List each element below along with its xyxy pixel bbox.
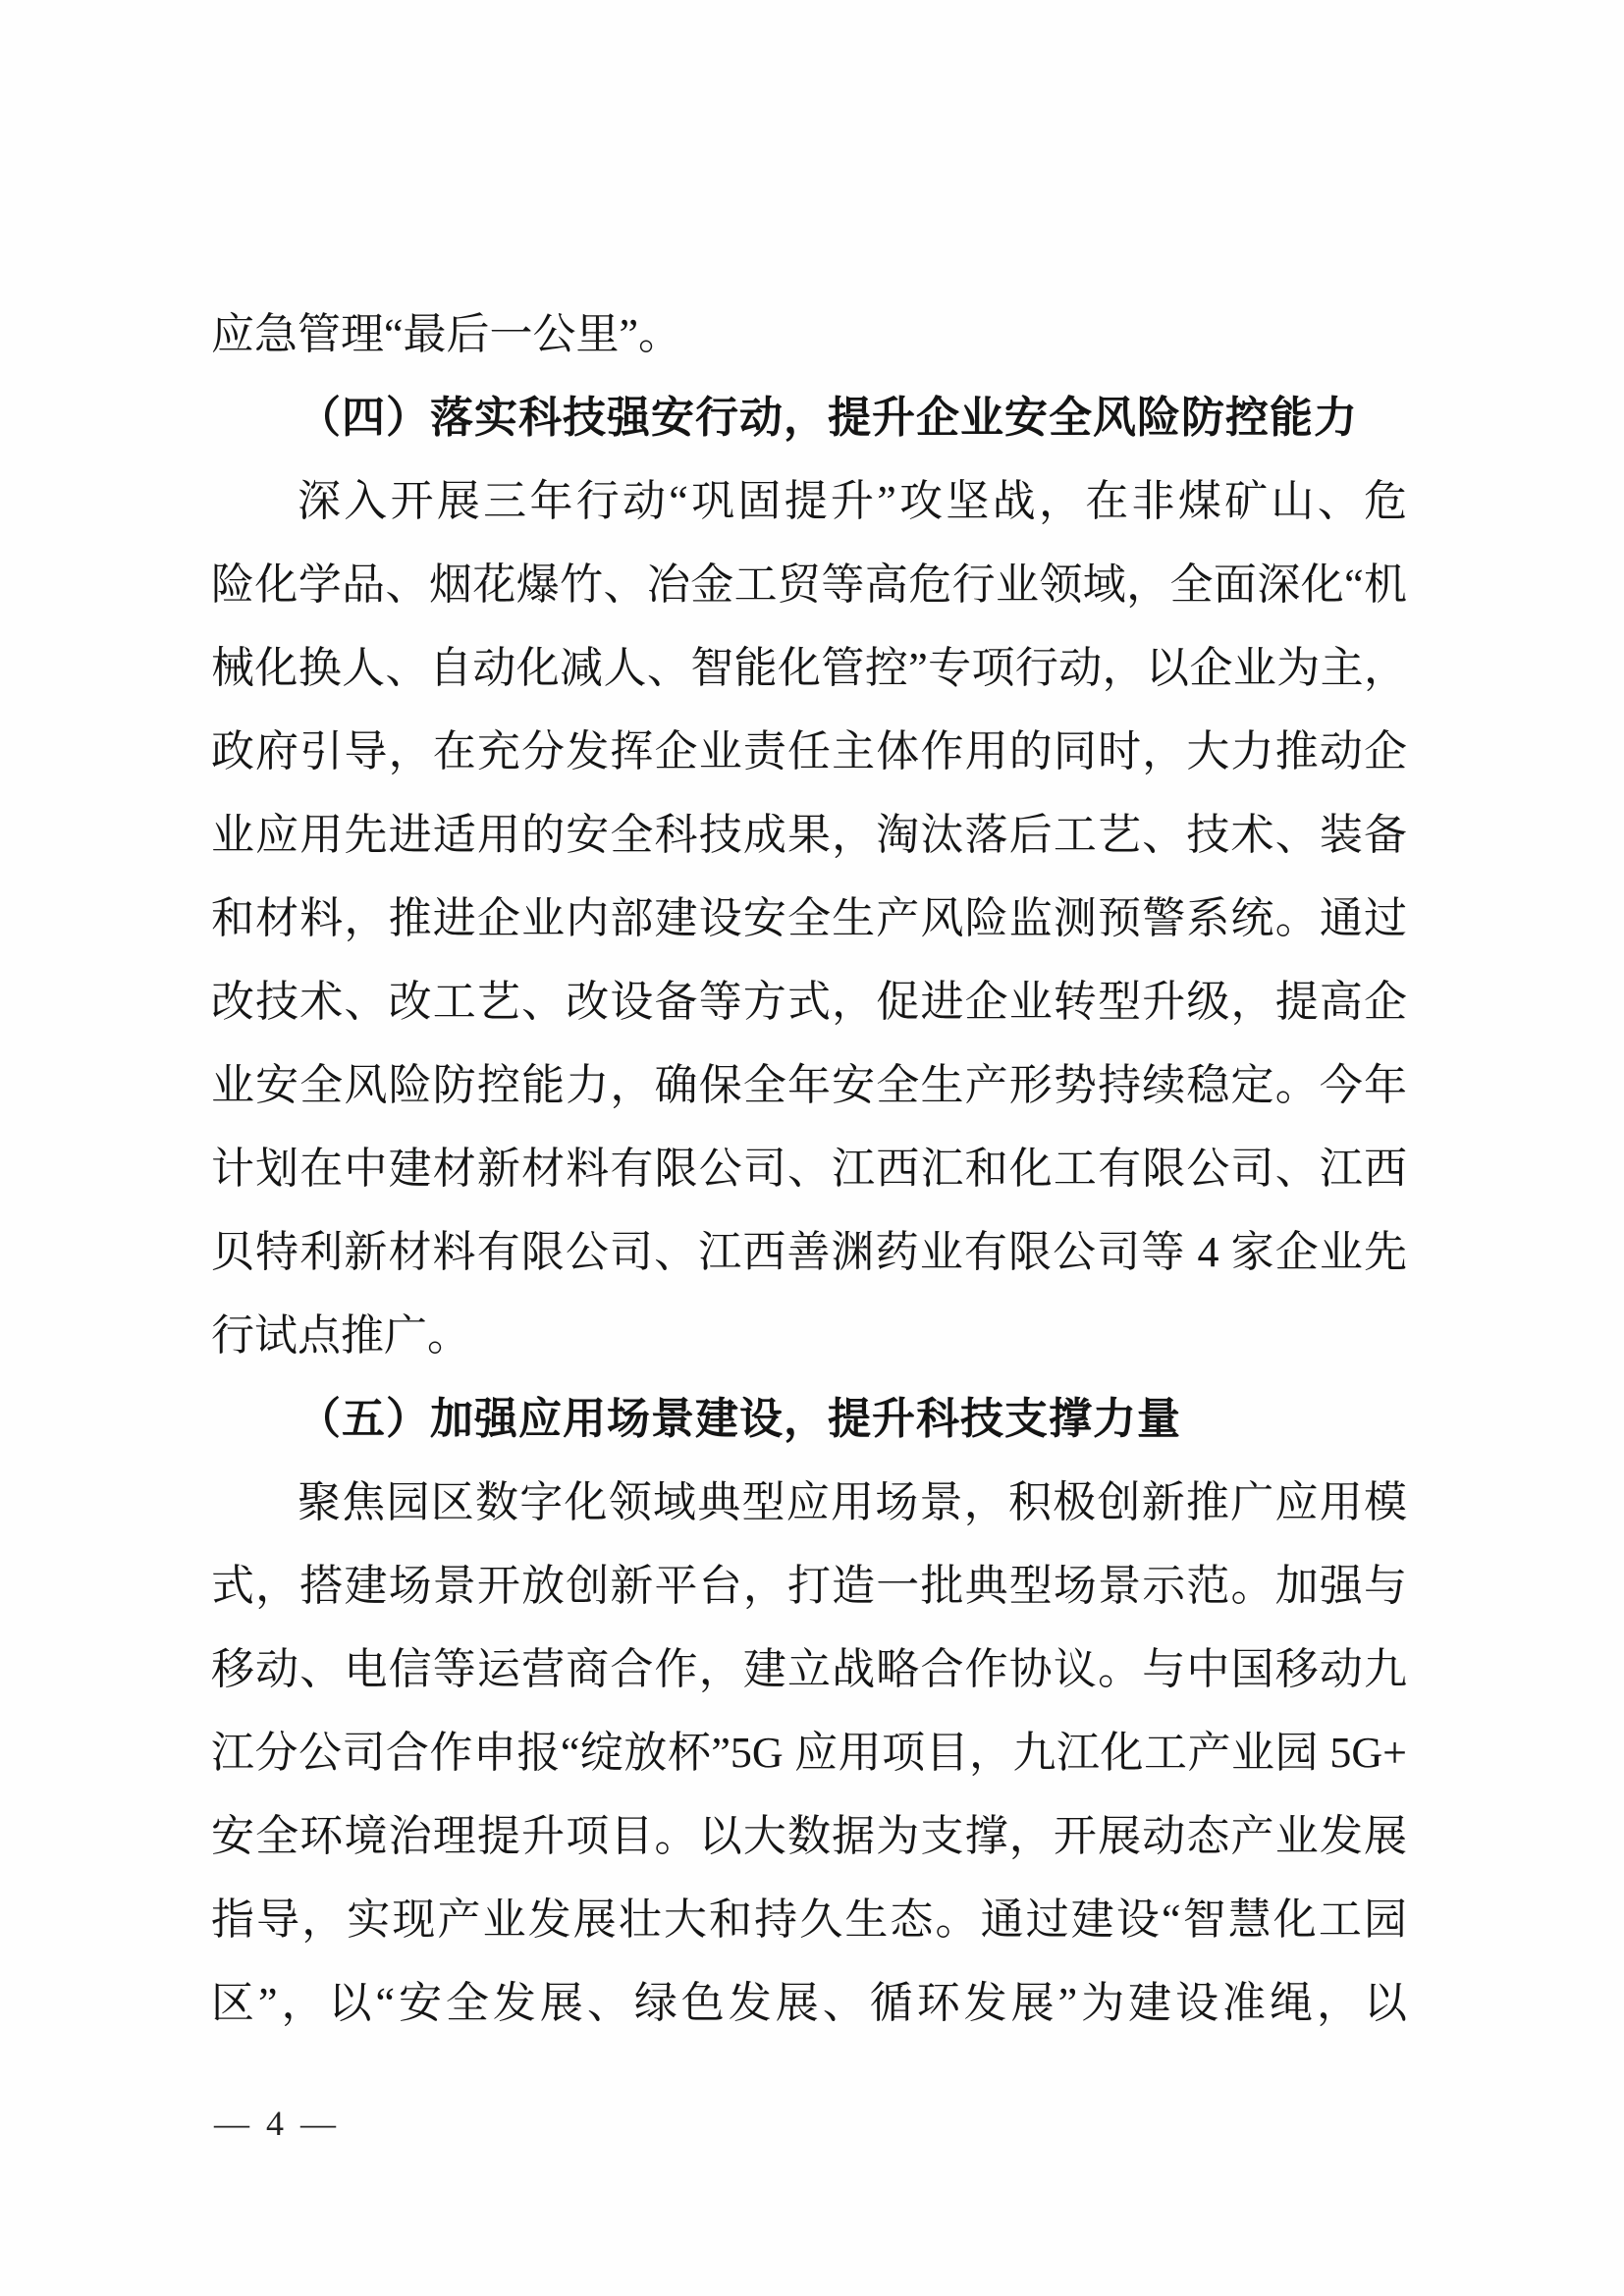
text-line: 险化学品、烟花爆竹、冶金工贸等高危行业领域，全面深化“机 (211, 543, 1407, 626)
section-heading: （四）落实科技强安行动，提升企业安全风险防控能力 (211, 376, 1407, 459)
text-line: 区”，以“安全发展、绿色发展、循环发展”为建设准绳，以 (211, 1961, 1407, 2045)
text-line: 业安全风险防控能力，确保全年安全生产形势持续稳定。今年 (211, 1043, 1407, 1127)
text-line: 指导，实现产业发展壮大和持久生态。通过建设“智慧化工园 (211, 1878, 1407, 1961)
text-line: 安全环境治理提升项目。以大数据为支撑，开展动态产业发展 (211, 1794, 1407, 1878)
text-line: 计划在中建材新材料有限公司、江西汇和化工有限公司、江西 (211, 1127, 1407, 1210)
document-body: 应急管理“最后一公里”。（四）落实科技强安行动，提升企业安全风险防控能力深入开展… (211, 293, 1407, 2045)
text-line: 政府引导，在充分发挥企业责任主体作用的同时，大力推动企 (211, 710, 1407, 793)
text-line: 改技术、改工艺、改设备等方式，促进企业转型升级，提高企 (211, 960, 1407, 1043)
text-line: 贝特利新材料有限公司、江西善渊药业有限公司等 4 家企业先 (211, 1210, 1407, 1294)
document-page: 应急管理“最后一公里”。（四）落实科技强安行动，提升企业安全风险防控能力深入开展… (0, 0, 1624, 2296)
text-line: 深入开展三年行动“巩固提升”攻坚战，在非煤矿山、危 (211, 459, 1407, 543)
text-line: 式，搭建场景开放创新平台，打造一批典型场景示范。加强与 (211, 1544, 1407, 1628)
text-line: 行试点推广。 (211, 1294, 1407, 1377)
text-line: 械化换人、自动化减人、智能化管控”专项行动，以企业为主， (211, 626, 1407, 710)
text-line: 江分公司合作申报“绽放杯”5G 应用项目，九江化工产业园 5G+ (211, 1711, 1407, 1794)
text-line: 和材料，推进企业内部建设安全生产风险监测预警系统。通过 (211, 877, 1407, 960)
text-line: 移动、电信等运营商合作，建立战略合作协议。与中国移动九 (211, 1628, 1407, 1711)
section-heading: （五）加强应用场景建设，提升科技支撑力量 (211, 1377, 1407, 1461)
text-line: 聚焦园区数字化领域典型应用场景，积极创新推广应用模 (211, 1461, 1407, 1544)
text-line: 应急管理“最后一公里”。 (211, 293, 1407, 376)
text-line: 业应用先进适用的安全科技成果，淘汰落后工艺、技术、装备 (211, 793, 1407, 877)
page-number: — 4 — (214, 2099, 340, 2148)
